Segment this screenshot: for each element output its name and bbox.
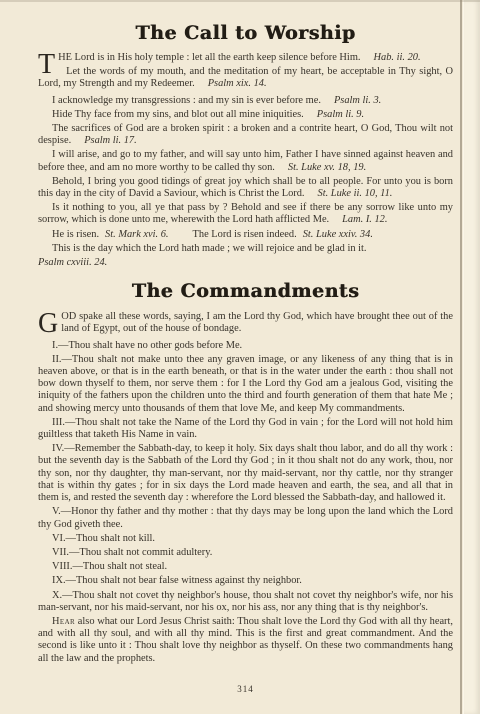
commandment-item: III.—Thou shalt not take the Name of the… (38, 417, 453, 441)
verse-paragraph: Hide Thy face from my sins, and blot out… (38, 109, 453, 121)
page-text-block: The Call to Worship T HE Lord is in His … (38, 22, 453, 667)
commandments-title: The Commandments (38, 280, 453, 302)
commandment-item: V.—Honor thy father and thy mother : tha… (38, 506, 453, 530)
verse-paragraph: Let the words of my mouth, and the medit… (38, 66, 453, 90)
verse-text: I will arise, and go to my father, and w… (38, 149, 453, 172)
commandment-item: VI.—Thou shalt not kill. (38, 533, 453, 545)
risen-line: He is risen.St. Mark xvi. 6.The Lord is … (38, 229, 453, 241)
commandment-item: X.—Thou shalt not covet thy neighbor's h… (38, 590, 453, 614)
verse-paragraph: I will arise, and go to my father, and w… (38, 149, 453, 173)
verse-text: HE Lord is in His holy temple : let all … (58, 52, 360, 63)
commandment-item: IV.—Remember the Sabbath-day, to keep it… (38, 443, 453, 504)
scripture-citation: St. Luke xxiv. 34. (297, 229, 373, 240)
commandments-intro-group: G OD spake all these words, saying, I am… (38, 311, 453, 337)
commandment-item: IX.—Thou shalt not bear false witness ag… (38, 575, 453, 587)
opening-verse-group: T HE Lord is in His holy temple : let al… (38, 52, 453, 93)
commandment-item: II.—Thou shalt not make unto thee any gr… (38, 354, 453, 415)
page-top-shadow (0, 0, 480, 2)
verse-text: This is the day which the Lord hath made… (52, 243, 367, 254)
verse-paragraph: HE Lord is in His holy temple : let all … (38, 52, 453, 64)
verse-paragraph: Behold, I bring you good tidings of grea… (38, 176, 453, 200)
scripture-citation: Lam. I. 12. (329, 214, 387, 225)
scripture-citation: Psalm li. 3. (321, 95, 381, 106)
summary-text: also what our Lord Jesus Christ saith: T… (38, 616, 453, 664)
page-edge-strip (463, 0, 480, 714)
summary-lead-word: Hear (52, 616, 75, 627)
verse-text: Is it nothing to you, all ye that pass b… (38, 202, 453, 225)
commandment-item: I.—Thou shalt have no other gods before … (38, 340, 453, 352)
commandments-intro: OD spake all these words, saying, I am t… (38, 311, 453, 335)
page-edge-line (460, 0, 462, 714)
scripture-citation: St. Luke xv. 18, 19. (275, 162, 366, 173)
verse-text: I acknowledge my transgressions : and my… (52, 95, 321, 106)
verse-paragraph: I acknowledge my transgressions : and my… (38, 95, 453, 107)
scripture-citation: Psalm li. 17. (71, 135, 137, 146)
scripture-citation: St. Luke ii. 10, 11. (305, 188, 393, 199)
closing-citation-line: Psalm cxviii. 24. (38, 257, 453, 269)
scripture-citation: Psalm xix. 14. (195, 78, 267, 89)
verse-paragraph: Is it nothing to you, all ye that pass b… (38, 202, 453, 226)
verse-text: He is risen. (52, 229, 99, 240)
drop-cap-t: T (38, 53, 55, 76)
verse-paragraph: The sacrifices of God are a broken spiri… (38, 123, 453, 147)
page-number: 314 (38, 684, 453, 694)
scripture-citation: Psalm li. 9. (304, 109, 364, 120)
scripture-citation: Psalm cxviii. 24. (38, 257, 107, 268)
verse-paragraph: This is the day which the Lord hath made… (38, 243, 453, 255)
commandment-item: VII.—Thou shalt not commit adultery. (38, 547, 453, 559)
scanned-page: The Call to Worship T HE Lord is in His … (0, 0, 480, 714)
summary-paragraph: Hear also what our Lord Jesus Christ sai… (38, 616, 453, 665)
verse-text: Hide Thy face from my sins, and blot out… (52, 109, 304, 120)
scripture-citation: Hab. ii. 20. (361, 52, 421, 63)
verse-text: The Lord is risen indeed. (169, 229, 297, 240)
scripture-citation: St. Mark xvi. 6. (99, 229, 168, 240)
call-to-worship-title: The Call to Worship (38, 22, 453, 44)
drop-cap-g: G (38, 312, 58, 335)
commandment-item: VIII.—Thou shalt not steal. (38, 561, 453, 573)
